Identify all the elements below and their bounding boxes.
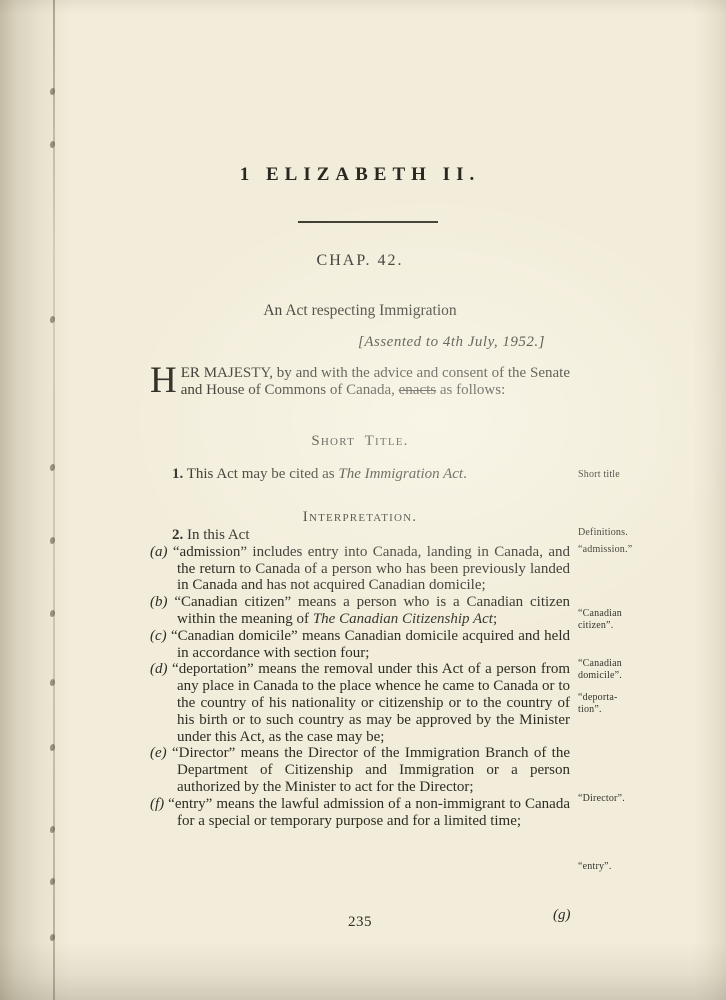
margin-note-deportation: “deporta- tion”. [578, 692, 666, 715]
definitions-block: 2. In this Act (a) “admission” includes … [150, 527, 570, 829]
section-1-period: . [463, 466, 467, 482]
margin-note-definitions: Definitions. [578, 527, 666, 539]
definition-canadian-citizen: (b) “Canadian citizen” means a person wh… [150, 594, 570, 628]
running-title: 1 ELIZABETH II. [150, 164, 570, 186]
page-content: 1 ELIZABETH II. CHAP. 42. An Act respect… [0, 0, 726, 1000]
interpretation-heading: Interpretation. [150, 509, 570, 526]
definition-label-f: (f) [150, 796, 164, 812]
scanned-statute-page: 1 ELIZABETH II. CHAP. 42. An Act respect… [0, 0, 726, 1000]
margin-note-director: “Director”. [578, 793, 666, 805]
citizenship-act-citation: The Canadian Citizenship Act [313, 611, 493, 627]
definition-label-b: (b) [150, 594, 168, 610]
definition-entry: (f) “entry” means the lawful admission o… [150, 796, 570, 830]
enacting-text-start: ER MAJESTY, by and with the advice and c… [181, 365, 570, 398]
definition-deportation: (d) “deportation” means the removal unde… [150, 661, 570, 745]
definition-text-e: “Director” means the Director of the Imm… [167, 745, 570, 795]
definition-text-a: “admission” includes entry into Canada, … [168, 544, 571, 594]
struck-word: enacts [399, 382, 436, 398]
section-2-intro: 2. In this Act [150, 527, 570, 544]
definition-text-b-post: ; [493, 611, 497, 627]
definition-text-f: “entry” means the lawful admission of a … [164, 796, 570, 829]
definition-label-c: (c) [150, 628, 167, 644]
margin-note-short-title: Short title [578, 469, 666, 481]
dropcap-letter: H [150, 365, 181, 396]
margin-note-canadian-domicile: “Canadian domicile”. [578, 658, 666, 681]
enacting-text-end: as follows: [436, 382, 505, 398]
header-rule [298, 221, 438, 223]
margin-note-admission: “admission.” [578, 544, 666, 556]
section-2-number: 2. [172, 527, 183, 543]
definition-director: (e) “Director” means the Director of the… [150, 745, 570, 795]
margin-note-canadian-citizen: “Canadian citizen”. [578, 608, 666, 631]
enacting-clause: HER MAJESTY, by and with the advice and … [150, 365, 570, 399]
chapter-heading: CHAP. 42. [150, 252, 570, 270]
catchword: (g) [553, 907, 571, 924]
definition-canadian-domicile: (c) “Canadian domicile” means Canadian d… [150, 628, 570, 662]
definition-label-e: (e) [150, 745, 167, 761]
short-title-heading: Short Title. [150, 433, 570, 450]
section-2-text: In this Act [183, 527, 249, 543]
act-title: An Act respecting Immigration [150, 302, 570, 320]
section-1: 1. This Act may be cited as The Immigrat… [150, 466, 570, 483]
section-1-text: This Act may be cited as [183, 466, 338, 482]
margin-note-entry: “entry”. [578, 861, 666, 873]
page-number: 235 [150, 914, 570, 931]
definition-admission: (a) “admission” includes entry into Cana… [150, 544, 570, 594]
definition-text-d: “deportation” means the removal under th… [168, 661, 571, 744]
assent-note: [Assented to 4th July, 1952.] [150, 334, 570, 351]
definition-text-c: “Canadian domicile” means Canadian domic… [167, 628, 570, 661]
act-citation: The Immigration Act [338, 466, 463, 482]
definition-label-a: (a) [150, 544, 168, 560]
definition-label-d: (d) [150, 661, 168, 677]
section-1-number: 1. [172, 466, 183, 482]
